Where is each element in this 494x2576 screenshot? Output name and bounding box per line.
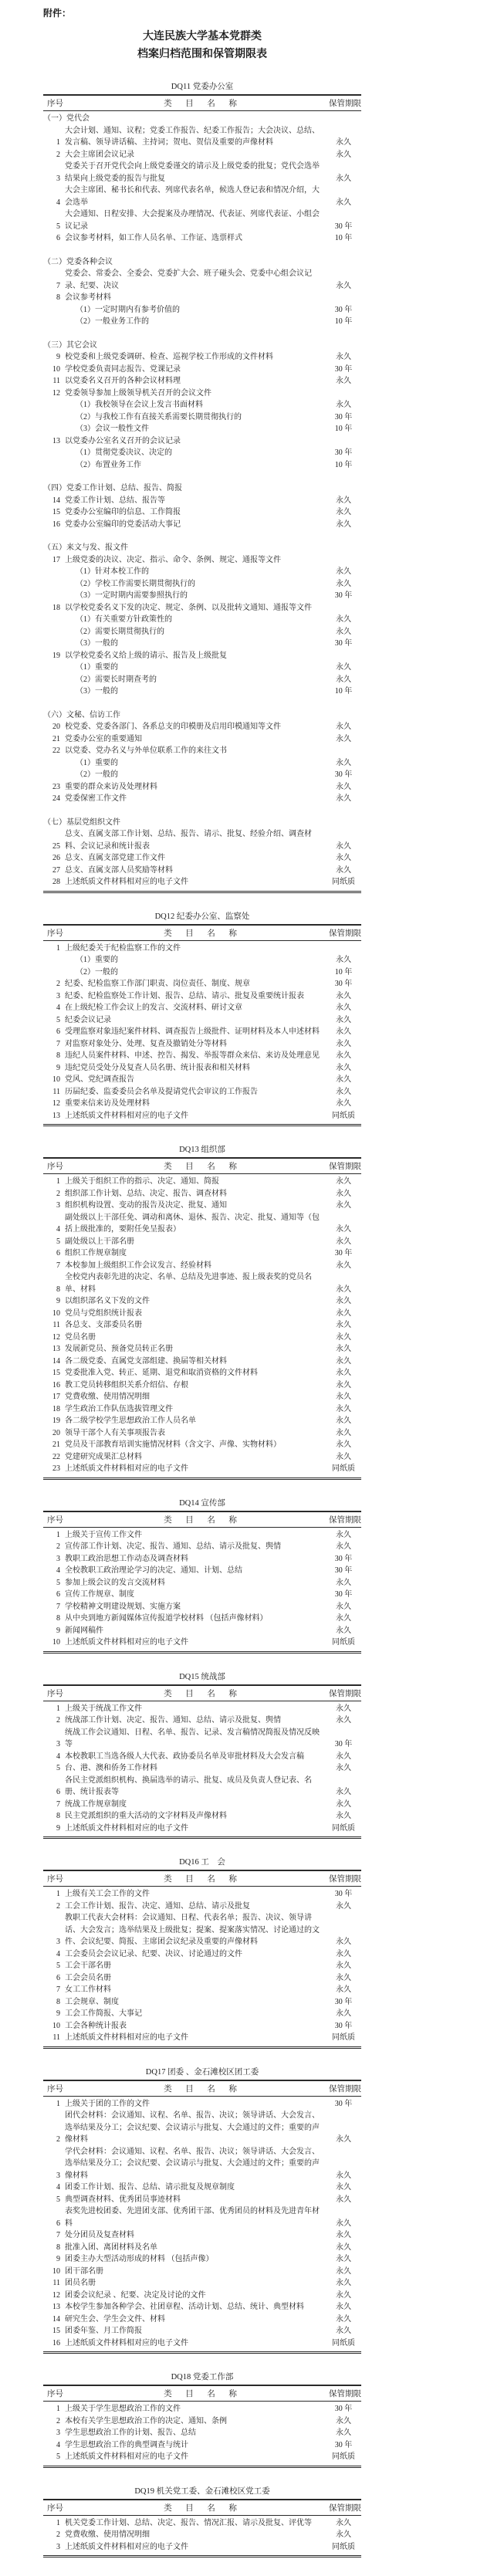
table-row: 5台、港、澳和侨务工作材料永久 xyxy=(43,1762,361,1775)
table-row: 7统战工作规章制度永久 xyxy=(43,1799,361,1811)
row-number: 9 xyxy=(43,1295,60,1308)
document-page: 附件： 大连民族大学基本党群类 档案归档范围和保管期限表 DQ11 党委办公室 … xyxy=(43,0,361,2576)
table-row: 23上述纸质文件材料相对应的电子文件同纸质 xyxy=(43,1463,361,1475)
column-header-retention: 保管期限 xyxy=(321,2083,361,2094)
category-name: （3）一般的 xyxy=(65,638,326,650)
retention-period: 永久 xyxy=(326,2182,361,2194)
retention-period: 永久 xyxy=(326,852,361,865)
table-row: 3教职工政治思想工作动态及调查材料30 年 xyxy=(43,1553,361,1566)
column-header-name: 类 目 名 称 xyxy=(80,2502,321,2513)
page-title: 大连民族大学基本党群类 档案归档范围和保管期限表 xyxy=(43,28,361,63)
table-row: 11历届纪委、监委委员会名单及提请党代会审议的工作报告永久 xyxy=(43,1086,361,1098)
category-name: 上述纸质文件材料相对应的电子文件 xyxy=(65,1110,326,1122)
table-row: 5上述纸质文件材料相对应的电子文件同纸质 xyxy=(43,2451,361,2463)
category-name: 教工党员转移组织关系介绍信、存根 xyxy=(65,1379,326,1392)
table-row: （1）重要的永久 xyxy=(43,757,361,770)
retention-period: 永久 xyxy=(326,1762,361,1775)
category-name: （3）会议一般性文件 xyxy=(65,423,326,435)
retention-period: 永久 xyxy=(326,1236,361,1248)
table-row: 24党委保密工作文件永久 xyxy=(43,793,361,805)
row-number: 23 xyxy=(43,1463,60,1475)
category-name: 上级关于学生思想政治工作的文件 xyxy=(65,2403,326,2415)
table-row: 5参加上级会议的发言交流材料永久 xyxy=(43,1577,361,1589)
column-header-seq: 序号 xyxy=(43,2083,80,2094)
category-name: 工会委员会会议记录、纪要、决议、讨论通过的文件 xyxy=(65,1948,326,1961)
category-name: 宣传部工作计划、决定、报告、通知、总结、请示及批复、舆情 xyxy=(65,1541,326,1553)
retention-period: 永久 xyxy=(326,733,361,746)
row-number: 8 xyxy=(43,1996,60,2009)
table-row: 16上述纸质文件材料相对应的电子文件同纸质 xyxy=(43,2337,361,2350)
retention-period: 10 年 xyxy=(326,423,361,435)
table-row: 7党委会、常委会、全委会、党委扩大会、班子碰头会、党委中心组会议记录、纪要、决议… xyxy=(43,268,361,292)
table-row: 14党委工作计划、总结、报告等永久 xyxy=(43,495,361,507)
row-number: 5 xyxy=(43,2194,60,2206)
table-row: 3教职工代表大会材料：会议通知、日程、代表名单；报告、决议、领导讲话、大会发言；… xyxy=(43,1912,361,1948)
category-name: 对监察对象处分、处理、复查及撤销处分等材料 xyxy=(65,1038,326,1051)
category-name: （1）一定时期内有参考价值的 xyxy=(65,304,326,316)
table-row: 4全校教职工政治理论学习的决定、通知、计划、总结30 年 xyxy=(43,1565,361,1577)
table-title: DQ18 党委工作部 xyxy=(43,2372,361,2383)
category-name: 上级关于宣传工作文件 xyxy=(65,1529,326,1542)
table-row: 13以党委办公室名义召开的会议记录 xyxy=(43,435,361,448)
category-name: 团委会议纪录 、纪要、决定及讨论的文件 xyxy=(65,2290,326,2302)
category-name: 组织机构设置、变动的报告及决定、批复、通知 xyxy=(65,1200,326,1212)
table-row: 12重要来信来访及处理材料永久 xyxy=(43,1098,361,1110)
retention-period: 同纸质 xyxy=(326,2451,361,2463)
retention-period: 永久 xyxy=(326,757,361,770)
row-number: 12 xyxy=(43,1332,60,1344)
category-name: 党委关于召开党代会向上级党委谨交的请示及上级党委的批复；党代会选举结果向上级党委… xyxy=(65,161,326,184)
category-name: 上级有关工会工作的文件 xyxy=(65,1888,326,1901)
table-row: （2）需要长时期查考的永久 xyxy=(43,674,361,686)
retention-period: 永久 xyxy=(326,1948,361,1961)
category-name: 党员与党组织统计报表 xyxy=(65,1308,326,1320)
category-name: 纪委、纪检监察处工作计划、报告、总结、请示、批复及重要统计报表 xyxy=(65,990,326,1003)
table-row: 9违纪党员受处分及复查人员名册、统计报表和相关材料永久 xyxy=(43,1062,361,1075)
table-row: 12党委领导参加上级领导机关召开的会议文件 xyxy=(43,388,361,400)
row-number: 4 xyxy=(43,1002,60,1014)
table-row: 6受理监察对象违纪案件材料、调查报告上级批件、证明材料及本人申述材料永久 xyxy=(43,1026,361,1038)
retention-period: 永久 xyxy=(326,566,361,578)
retention-period: 永久 xyxy=(326,1002,361,1014)
retention-period: 永久 xyxy=(326,1972,361,1985)
column-header-name: 类 目 名 称 xyxy=(80,1160,321,1172)
category-name: 党委办公室的重要通知 xyxy=(65,733,326,746)
table-row: 8民主党派组织的重大活动的文字材料及声像材料永久 xyxy=(43,1810,361,1823)
table-header-row: 序号 类 目 名 称 保管期限 xyxy=(43,1511,361,1528)
row-number: 5 xyxy=(43,1960,60,1972)
table-row: 8违纪人员案件材料、申述、控告、揭发、举报等群众来信、来访及处理意见永久 xyxy=(43,1050,361,1062)
row-number: 2 xyxy=(43,149,60,161)
retention-period: 永久 xyxy=(326,1332,361,1344)
retention-period: 永久 xyxy=(326,990,361,1003)
table-row: （1）重要的永久 xyxy=(43,954,361,966)
table-row: 5纪委会议记录永久 xyxy=(43,1014,361,1027)
row-number: 6 xyxy=(43,1786,60,1799)
column-header-seq: 序号 xyxy=(43,1160,80,1172)
row-number: 9 xyxy=(43,1823,60,1835)
table-row: 4团委工作计划、报告、总结、请示批复及规章制度永久 xyxy=(43,2182,361,2194)
section-label: （三）其它会议 xyxy=(43,340,361,352)
table-row: 19各二级学校学生思想政治工作人员名单永久 xyxy=(43,1415,361,1427)
category-name: 上述纸质文件材料相对应的电子文件 xyxy=(65,2451,326,2463)
retention-period: 30 年 xyxy=(326,1247,361,1260)
retention-period: 永久 xyxy=(326,1260,361,1272)
retention-period: 同纸质 xyxy=(326,2032,361,2044)
retention-period: 永久 xyxy=(326,495,361,507)
retention-period: 永久 xyxy=(326,506,361,519)
retention-period: 永久 xyxy=(326,375,361,388)
row-number: 7 xyxy=(43,2229,60,2242)
category-name: 党委办公室编印的党委活动大事记 xyxy=(65,519,326,531)
column-header-name: 类 目 名 称 xyxy=(80,97,321,109)
row-number: 14 xyxy=(43,2314,60,2326)
table-row: 3上述纸质文件材料相对应的电子文件同纸质 xyxy=(43,2541,361,2554)
row-number: 15 xyxy=(43,1367,60,1379)
column-header-retention: 保管期限 xyxy=(321,97,361,109)
category-name: 大会主席团、秘书长和代表、列席代表名单，候选人登记表和情况介绍，大会选举 xyxy=(65,184,326,208)
retention-period: 永久 xyxy=(326,662,361,674)
table-rows: 1上级关于学生思想政治工作的文件30 年2本校有关学生思想政治工作的决定、通知、… xyxy=(43,2402,361,2468)
retention-period: 30 年 xyxy=(326,1589,361,1601)
table-row: 23重要的群众来访及处理材料永久 xyxy=(43,781,361,794)
category-name: 总支、直属支部人员奖励等材料 xyxy=(65,865,326,877)
row-number: 4 xyxy=(43,1565,60,1577)
retention-period: 永久 xyxy=(326,1625,361,1637)
table-row: 3党委关于召开党代会向上级党委谨交的请示及上级党委的批复；党代会选举结果向上级党… xyxy=(43,161,361,184)
table-row: 28上述纸质文件材料相对应的电子文件同纸质 xyxy=(43,876,361,889)
row-number: 11 xyxy=(43,2277,60,2290)
table-title: DQ13 组织部 xyxy=(43,1145,361,1156)
row-number: 7 xyxy=(43,1038,60,1051)
retention-period: 永久 xyxy=(326,1786,361,1799)
retention-period: 永久 xyxy=(326,626,361,638)
table-title: DQ17 团委 、金石滩校区团工委 xyxy=(43,2067,361,2078)
table-header-row: 序号 类 目 名 称 保管期限 xyxy=(43,2499,361,2516)
category-name: 本校学生参加各种学会、社团章程、活动计划、总结、统计、典型材料 xyxy=(65,2301,326,2314)
retention-period: 30 年 xyxy=(326,769,361,781)
row-number: 7 xyxy=(43,280,60,293)
retention-period: 永久 xyxy=(326,1613,361,1625)
category-name: 从中央到地方新闻媒体宣传报道学校材料 （包括声像材料） xyxy=(65,1613,326,1625)
table-row: 2宣传部工作计划、决定、报告、通知、总结、请示及批复、舆情永久 xyxy=(43,1541,361,1553)
category-name: 典型调查材料、优秀团员事迹材料 xyxy=(65,2194,326,2206)
retention-period: 永久 xyxy=(326,1415,361,1427)
category-name: （3）一定时期内需要参照执行的 xyxy=(65,590,326,602)
retention-period: 同纸质 xyxy=(326,2541,361,2554)
column-header-retention: 保管期限 xyxy=(321,2388,361,2399)
row-number: 10 xyxy=(43,364,60,376)
category-name: 党员及干部教育培训实施情况材料（含文字、声像、实物材料） xyxy=(65,1439,326,1451)
row-number: 4 xyxy=(43,197,60,209)
category-name: （2）一般的 xyxy=(65,769,326,781)
category-name: 党委批准入党、转正、延期、退党和取消资格的文件材料 xyxy=(65,1367,326,1379)
row-number: 2 xyxy=(43,1715,60,1727)
table-rows: 1上级有关工会工作的文件30 年2工会工作计划、报告、决定、通知、总结、请示及批… xyxy=(43,1887,361,2049)
table-header-row: 序号 类 目 名 称 保管期限 xyxy=(43,924,361,941)
table-row: 5大会通知、日程安排、大会提案及办理情况、代表证、列席代表证、小组会议记录30 … xyxy=(43,208,361,232)
retention-period: 30 年 xyxy=(326,978,361,990)
table-row: 17上级党委的决议、决定、指示、命令、条例、规定、通报等文件 xyxy=(43,554,361,567)
category-name: 台、港、澳和侨务工作材料 xyxy=(65,1762,326,1775)
category-name: 违纪党员受处分及复查人员名册、统计报表和相关材料 xyxy=(65,1062,326,1075)
retention-period: 永久 xyxy=(326,1308,361,1320)
retention-period: 永久 xyxy=(326,280,361,293)
category-name: 批准入团、离团材料及名单 xyxy=(65,2242,326,2254)
table-row: 10团干部名册永久 xyxy=(43,2266,361,2278)
row-number: 15 xyxy=(43,2325,60,2337)
retention-period: 永久 xyxy=(326,1367,361,1379)
row-number: 3 xyxy=(43,2170,60,2182)
category-name: 总支、直属支部工作计划、总结、报告、请示、批复、经验介绍、调查材料、会议记录和统… xyxy=(65,828,326,852)
table-row: 22党建研究成果汇总材料永久 xyxy=(43,1451,361,1464)
row-number: 7 xyxy=(43,1799,60,1811)
category-name: 统战部工作计划、决定、报告、通知、总结、请示及批复、舆情 xyxy=(65,1715,326,1727)
table-row: 6工会会员名册永久 xyxy=(43,1972,361,1985)
table-row: 27总支、直属支部人员奖励等材料永久 xyxy=(43,865,361,877)
retention-period: 30 年 xyxy=(326,304,361,316)
row-number: 25 xyxy=(43,841,60,853)
row-number: 21 xyxy=(43,733,60,746)
row-number: 3 xyxy=(43,173,60,185)
row-number: 8 xyxy=(43,2242,60,2254)
category-name: 违纪人员案件材料、申述、控告、揭发、举报等群众来信、来访及处理意见 xyxy=(65,1050,326,1062)
retention-period: 同纸质 xyxy=(326,1823,361,1835)
retention-period: 永久 xyxy=(326,781,361,794)
table-row: 5工会干部名册永久 xyxy=(43,1960,361,1972)
archive-table: DQ16 工 会 序号 类 目 名 称 保管期限 1上级有关工会工作的文件30 … xyxy=(43,1857,361,2049)
row-number: 7 xyxy=(43,1260,60,1272)
category-name: 重要来信来访及处理材料 xyxy=(65,1098,326,1110)
table-row: 21党委办公室的重要通知永久 xyxy=(43,733,361,746)
table-rows: （一）党代会1大会计划、通知、议程；党委工作报告、纪委工作报告；大会决议、总结、… xyxy=(43,111,361,893)
row-number: 6 xyxy=(43,1026,60,1038)
table-row: 12党员名册永久 xyxy=(43,1332,361,1344)
table-rows: 1上级纪委关于纪检监察工作的文件（1）重要的永久（2）一般的10 年2纪委、纪检… xyxy=(43,941,361,1127)
category-name: 宣传工作规章、制度 xyxy=(65,1589,326,1601)
section-label: （四）党委工作计划、总结、报告、简报 xyxy=(43,482,361,495)
category-name: 上级关于团的工作的文件 xyxy=(65,2098,326,2111)
retention-period: 永久 xyxy=(326,2314,361,2326)
category-name: 以学校党委名义给上级的请示、报告及上级批复 xyxy=(65,650,326,662)
retention-period: 永久 xyxy=(326,1379,361,1392)
table-row: 3学生思想政治工作的计划、报告、总结永久 xyxy=(43,2427,361,2439)
retention-period: 永久 xyxy=(326,1810,361,1823)
category-name: （1）我校领导在会议上发言书面材料 xyxy=(65,399,326,411)
archive-table: DQ11 党委办公室 序号 类 目 名 称 保管期限 （一）党代会1大会计划、通… xyxy=(43,82,361,893)
table-header-row: 序号 类 目 名 称 保管期限 xyxy=(43,1157,361,1174)
retention-period: 永久 xyxy=(326,841,361,853)
row-number: 13 xyxy=(43,2301,60,2314)
table-row: 8全校党内表彰先进的决定、名单、总结及先进事迹、报上级表奖的党员名单、材料永久 xyxy=(43,1271,361,1295)
retention-period: 30 年 xyxy=(326,364,361,376)
category-name: 党委工作计划、总结、报告等 xyxy=(65,495,326,507)
row-number: 12 xyxy=(43,388,60,400)
category-name: （1）有关重要方针政策性的 xyxy=(65,614,326,626)
table-row: 26总支、直属支部党建工作文件永久 xyxy=(43,852,361,865)
category-name: 上述纸质文件材料相对应的电子文件 xyxy=(65,2337,326,2350)
table-row: 6会议参考材料，如工作人员名单、工作证、选票样式10 年 xyxy=(43,232,361,245)
table-row: 1上级有关工会工作的文件30 年 xyxy=(43,1888,361,1901)
column-header-name: 类 目 名 称 xyxy=(80,1514,321,1525)
category-name: 各总支、支部委员名册 xyxy=(65,1319,326,1332)
category-name: 研究生会、学生会文件、材料 xyxy=(65,2314,326,2326)
category-name: 工会规章、制度 xyxy=(65,1996,326,2009)
table-row: 10上述纸质文件材料相对应的电子文件同纸质 xyxy=(43,1637,361,1649)
section-label: （五）来文与发、报文件 xyxy=(43,542,361,554)
column-header-retention: 保管期限 xyxy=(321,1873,361,1884)
table-row: 5副处级以上干部名册永久 xyxy=(43,1236,361,1248)
retention-period: 永久 xyxy=(326,1200,361,1212)
category-name: 上级关于组织工作的指示、决定、通知、简报 xyxy=(65,1176,326,1188)
row-number: 24 xyxy=(43,793,60,805)
row-number: 14 xyxy=(43,495,60,507)
retention-period: 30 年 xyxy=(326,447,361,459)
table-row: 8从中央到地方新闻媒体宣传报道学校材料 （包括声像材料）永久 xyxy=(43,1613,361,1625)
retention-period: 永久 xyxy=(326,2529,361,2541)
retention-period: 永久 xyxy=(326,1176,361,1188)
section-row: （二）党委各种会议 xyxy=(43,256,361,269)
table-row: 17党费收缴、使用情况明细永久 xyxy=(43,1391,361,1403)
row-number: 6 xyxy=(43,232,60,245)
table-row: 8会议参考材料 xyxy=(43,292,361,304)
retention-period: 永久 xyxy=(326,1439,361,1451)
category-name: （2）学校工作需要长期贯彻执行的 xyxy=(65,578,326,591)
section-label: （一）党代会 xyxy=(43,113,361,125)
category-name: （2）需要长期贯彻执行的 xyxy=(65,626,326,638)
retention-period: 30 年 xyxy=(326,590,361,602)
row-number: 1 xyxy=(43,2517,60,2530)
row-number: 2 xyxy=(43,978,60,990)
retention-period: 同纸质 xyxy=(326,1110,361,1122)
category-name: 党建研究成果汇总材料 xyxy=(65,1451,326,1464)
table-title: DQ12 纪委办公室、监察处 xyxy=(43,912,361,922)
retention-period: 永久 xyxy=(326,1960,361,1972)
retention-period: 同纸质 xyxy=(326,1463,361,1475)
row-number: 22 xyxy=(43,1451,60,1464)
row-number: 9 xyxy=(43,2253,60,2266)
category-name: 本校有关学生思想政治工作的决定、通知、条例 xyxy=(65,2415,326,2428)
row-number: 3 xyxy=(43,1553,60,1566)
retention-period: 10 年 xyxy=(326,685,361,698)
page-title-line2: 档案归档范围和保管期限表 xyxy=(43,46,361,63)
category-name: 大会主席团会议记录 xyxy=(65,149,326,161)
section-row: （四）党委工作计划、总结、报告、简报 xyxy=(43,482,361,495)
table-rows: 1上级关于组织工作的指示、决定、通知、简报永久2组织部工作计划、总结、决定、报告… xyxy=(43,1174,361,1480)
retention-period: 永久 xyxy=(326,1391,361,1403)
category-name: 团干部名册 xyxy=(65,2266,326,2278)
table-row: 7对监察对象处分、处理、复查及撤销处分等材料永久 xyxy=(43,1038,361,1051)
archive-table: DQ13 组织部 序号 类 目 名 称 保管期限 1上级关于组织工作的指示、决定… xyxy=(43,1145,361,1480)
row-number: 9 xyxy=(43,2008,60,2020)
row-number: 10 xyxy=(43,1637,60,1649)
category-name: 学生思想政治工作的典型调查与统计 xyxy=(65,2439,326,2452)
table-row: 10学校党委负责同志报告、党课记录30 年 xyxy=(43,364,361,376)
table-row: 1上级关于宣传工作文件永久 xyxy=(43,1529,361,1542)
section-label: （六）文秘、信访工作 xyxy=(43,709,361,722)
table-row: 2团代会材料：会议通知、议程、名单、报告、决议；领导讲话、大会发言、选举结果及分… xyxy=(43,2110,361,2146)
table-row: 15党委批准入党、转正、延期、退党和取消资格的文件材料永久 xyxy=(43,1367,361,1379)
category-name: 上级关于统战工作文件 xyxy=(65,1703,326,1715)
row-number: 1 xyxy=(43,1529,60,1542)
table-row: 2统战部工作计划、决定、报告、通知、总结、请示及批复、舆情永久 xyxy=(43,1715,361,1727)
category-name: 工会工作计划、报告、决定、通知、总结、请示及批复 xyxy=(65,1901,326,1913)
table-row: 1上级关于统战工作文件永久 xyxy=(43,1703,361,1715)
column-header-seq: 序号 xyxy=(43,2388,80,2399)
retention-period: 永久 xyxy=(326,1936,361,1948)
retention-period: 永久 xyxy=(326,1356,361,1368)
category-name: 民主党派组织的重大活动的文字材料及声像材料 xyxy=(65,1810,326,1823)
retention-period: 永久 xyxy=(326,1098,361,1110)
row-number: 1 xyxy=(43,943,60,955)
table-row: 14各二级党委、直属党支部组建、换届等相关材料永久 xyxy=(43,1356,361,1368)
section-label: （二）党委各种会议 xyxy=(43,256,361,269)
row-number: 10 xyxy=(43,1308,60,1320)
row-number: 6 xyxy=(43,2218,60,2230)
table-row: 7处分团员及复查材料永久 xyxy=(43,2229,361,2242)
column-header-name: 类 目 名 称 xyxy=(80,1687,321,1699)
retention-period: 永久 xyxy=(326,1224,361,1236)
retention-period: 永久 xyxy=(326,1799,361,1811)
retention-period: 永久 xyxy=(326,399,361,411)
category-name: 会议参考材料 xyxy=(65,292,326,304)
retention-period: 10 年 xyxy=(326,232,361,245)
column-header-retention: 保管期限 xyxy=(321,2502,361,2513)
category-name: 上述纸质文件材料相对应的电子文件 xyxy=(65,1637,326,1649)
retention-period: 永久 xyxy=(326,1601,361,1613)
category-name: 学生政治工作队伍选拔管理文件 xyxy=(65,1403,326,1416)
retention-period: 永久 xyxy=(326,1703,361,1715)
retention-period: 30 年 xyxy=(326,2403,361,2415)
table-row: 2工会工作计划、报告、决定、通知、总结、请示及批复永久 xyxy=(43,1901,361,1913)
category-name: 本校参加上级组织工作会议发言、经验材料 xyxy=(65,1260,326,1272)
retention-period: 永久 xyxy=(326,1062,361,1075)
category-name: 表奖先进校团委、先进团支部、优秀团干部、优秀团员的材料及先进青年材料 xyxy=(65,2205,326,2229)
category-name: 本校教职工当选各级人大代表、政协委员名单及审批材料及大会发言稿 xyxy=(65,1751,326,1763)
row-number: 1 xyxy=(43,1176,60,1188)
category-name: （2）一般业务工作的 xyxy=(65,316,326,328)
table-row: （1）一定时期内有参考价值的30 年 xyxy=(43,304,361,316)
row-number: 20 xyxy=(43,721,60,733)
archive-table: DQ14 宣传部 序号 类 目 名 称 保管期限 1上级关于宣传工作文件永久2宣… xyxy=(43,1498,361,1654)
row-number: 3 xyxy=(43,1200,60,1212)
table-row: 2纪委、纪检监察工作部门职责、岗位责任、制度、规章30 年 xyxy=(43,978,361,990)
category-name: 党员名册 xyxy=(65,1332,326,1344)
column-header-retention: 保管期限 xyxy=(321,927,361,939)
table-row: 4副处级以上干部任免、调动和离休、退休、报告、决定、批复、通知等（包括上级批准的… xyxy=(43,1212,361,1236)
row-number: 8 xyxy=(43,292,60,304)
row-number: 5 xyxy=(43,1236,60,1248)
table-row: 4大会主席团、秘书长和代表、列席代表名单，候选人登记表和情况介绍，大会选举永久 xyxy=(43,184,361,208)
category-name: 统战工作规章制度 xyxy=(65,1799,326,1811)
retention-period: 30 年 xyxy=(326,2439,361,2452)
row-number: 12 xyxy=(43,2290,60,2302)
table-row: 3组织机构设置、变动的报告及决定、批复、通知永久 xyxy=(43,1200,361,1212)
category-name: 以党委、党办名义与外单位联系工作的来往文书 xyxy=(65,745,326,757)
row-number: 9 xyxy=(43,1625,60,1637)
archive-table: DQ18 党委工作部 序号 类 目 名 称 保管期限 1上级关于学生思想政治工作… xyxy=(43,2372,361,2468)
category-name: 党委办公室编印的信息、工作简报 xyxy=(65,506,326,519)
category-name: 各民主党派组织机构、换届选举的请示、批复、成员及负责人登记表、名册、统计报表等 xyxy=(65,1775,326,1799)
row-number: 5 xyxy=(43,1577,60,1589)
category-name: 大会通知、日程安排、大会提案及办理情况、代表证、列席代表证、小组会议记录 xyxy=(65,208,326,232)
category-name: 党委会、常委会、全委会、党委扩大会、班子碰头会、党委中心组会议记录、纪要、决议 xyxy=(65,268,326,292)
retention-period: 30 年 xyxy=(326,1565,361,1577)
category-name: 上述纸质文件材料相对应的电子文件 xyxy=(65,2541,326,2554)
retention-period: 30 年 xyxy=(326,1738,361,1751)
category-name: 以党委办公室名义召开的会议记录 xyxy=(65,435,326,448)
row-number: 2 xyxy=(43,2529,60,2541)
